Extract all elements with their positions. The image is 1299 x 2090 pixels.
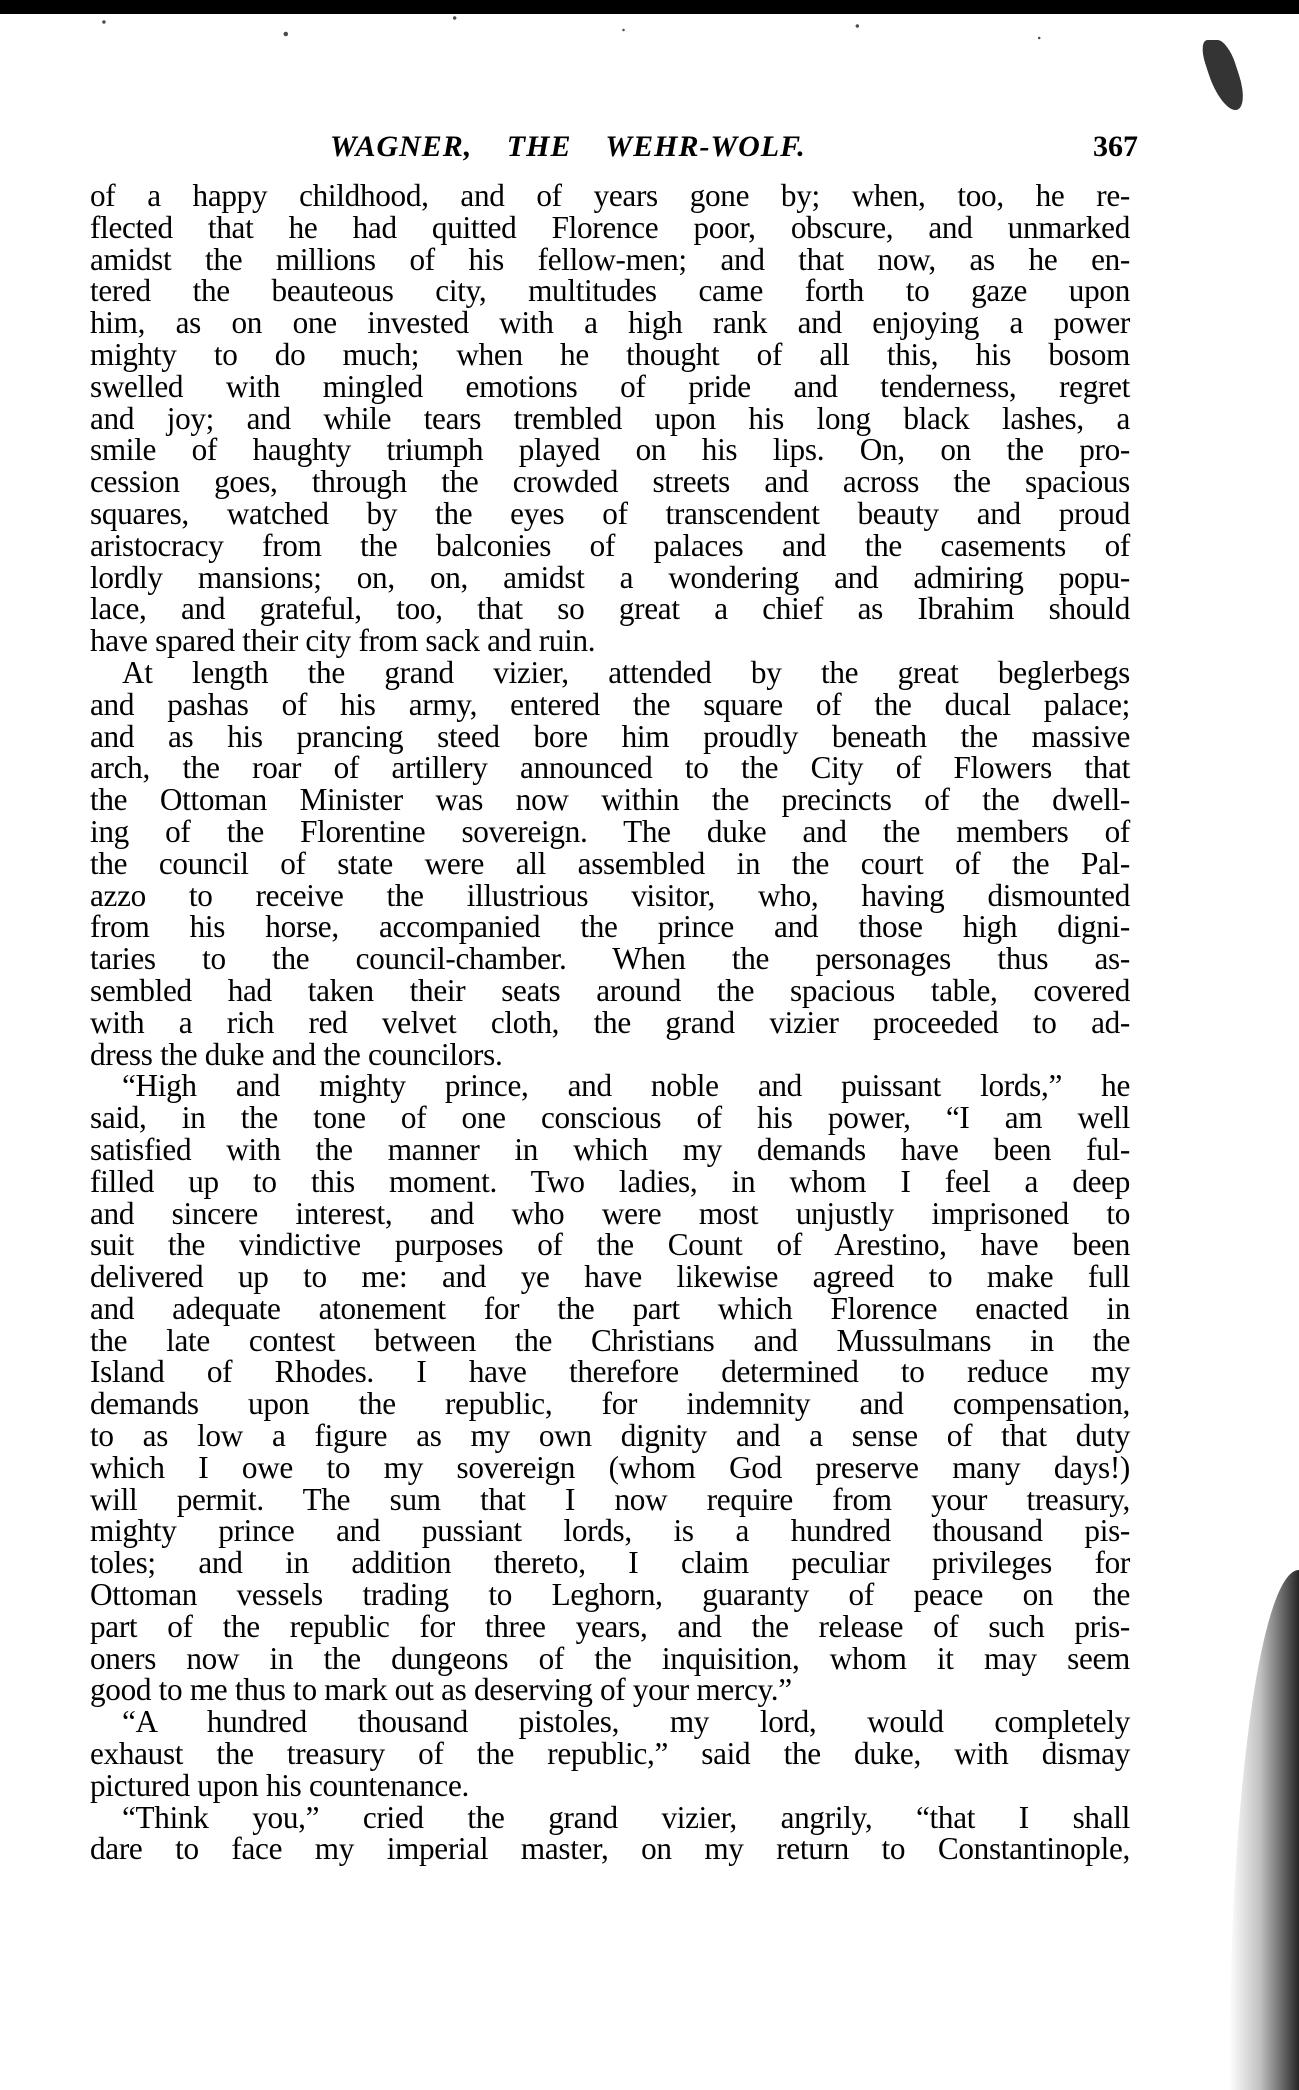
page-curl-shadow — [1229, 1570, 1299, 2090]
page-number: 367 — [1093, 130, 1138, 164]
body-text: of a happy childhood, and of years gone … — [90, 180, 1130, 1865]
text-line: demands upon the republic, for indemnity… — [90, 1388, 1130, 1420]
text-line: suit the vindictive purposes of the Coun… — [90, 1229, 1130, 1261]
scan-corner-shadow — [1198, 40, 1251, 110]
text-line: mighty prince and pussiant lords, is a h… — [90, 1515, 1130, 1547]
running-head: WAGNER, THE WEHR-WOLF. 367 — [90, 120, 1130, 180]
paragraph: “Think you,” cried the grand vizier, ang… — [90, 1802, 1130, 1866]
text-line: toles; and in addition thereto, I claim … — [90, 1547, 1130, 1579]
text-line: and adequate atonement for the part whic… — [90, 1293, 1130, 1325]
text-line: and joy; and while tears trembled upon h… — [90, 403, 1130, 435]
text-line: have spared their city from sack and rui… — [90, 625, 1130, 657]
text-line: amidst the millions of his fellow-men; a… — [90, 244, 1130, 276]
text-line: to as low a figure as my own dignity and… — [90, 1420, 1130, 1452]
text-line: At length the grand vizier, attended by … — [90, 657, 1130, 689]
text-line: dare to face my imperial master, on my r… — [90, 1833, 1130, 1865]
text-line: taries to the council-chamber. When the … — [90, 943, 1130, 975]
text-line: lace, and grateful, too, that so great a… — [90, 593, 1130, 625]
text-line: cession goes, through the crowded street… — [90, 466, 1130, 498]
text-line: “High and mighty prince, and noble and p… — [90, 1070, 1130, 1102]
book-page: WAGNER, THE WEHR-WOLF. 367 of a happy ch… — [90, 120, 1130, 1865]
text-line: satisfied with the manner in which my de… — [90, 1134, 1130, 1166]
text-line: delivered up to me: and ye have likewise… — [90, 1261, 1130, 1293]
text-line: said, in the tone of one conscious of hi… — [90, 1102, 1130, 1134]
text-line: him, as on one invested with a high rank… — [90, 307, 1130, 339]
text-line: and as his prancing steed bore him proud… — [90, 721, 1130, 753]
text-line: smile of haughty triumph played on his l… — [90, 434, 1130, 466]
text-line: will permit. The sum that I now require … — [90, 1484, 1130, 1516]
text-line: squares, watched by the eyes of transcen… — [90, 498, 1130, 530]
text-line: the late contest between the Christians … — [90, 1325, 1130, 1357]
text-line: flected that he had quitted Florence poo… — [90, 212, 1130, 244]
text-line: aristocracy from the balconies of palace… — [90, 530, 1130, 562]
text-line: Ottoman vessels trading to Leghorn, guar… — [90, 1579, 1130, 1611]
text-line: which I owe to my sovereign (whom God pr… — [90, 1452, 1130, 1484]
text-line: from his horse, accompanied the prince a… — [90, 911, 1130, 943]
text-line: the council of state were all assembled … — [90, 848, 1130, 880]
text-line: Island of Rhodes. I have therefore deter… — [90, 1356, 1130, 1388]
running-title: WAGNER, THE WEHR-WOLF. — [330, 130, 806, 164]
text-line: swelled with mingled emotions of pride a… — [90, 371, 1130, 403]
text-line: with a rich red velvet cloth, the grand … — [90, 1007, 1130, 1039]
text-line: and sincere interest, and who were most … — [90, 1198, 1130, 1230]
paragraph: At length the grand vizier, attended by … — [90, 657, 1130, 1070]
text-line: part of the republic for three years, an… — [90, 1611, 1130, 1643]
text-line: oners now in the dungeons of the inquisi… — [90, 1643, 1130, 1675]
text-line: arch, the roar of artillery announced to… — [90, 752, 1130, 784]
text-line: and pashas of his army, entered the squa… — [90, 689, 1130, 721]
paragraph: “High and mighty prince, and noble and p… — [90, 1070, 1130, 1706]
text-line: “A hundred thousand pistoles, my lord, w… — [90, 1706, 1130, 1738]
paragraph: of a happy childhood, and of years gone … — [90, 180, 1130, 657]
text-line: exhaust the treasury of the republic,” s… — [90, 1738, 1130, 1770]
text-line: mighty to do much; when he thought of al… — [90, 339, 1130, 371]
text-line: filled up to this moment. Two ladies, in… — [90, 1166, 1130, 1198]
text-line: tered the beauteous city, multitudes cam… — [90, 275, 1130, 307]
paragraph: “A hundred thousand pistoles, my lord, w… — [90, 1706, 1130, 1801]
text-line: lordly mansions; on, on, amidst a wonder… — [90, 562, 1130, 594]
text-line: sembled had taken their seats around the… — [90, 975, 1130, 1007]
scan-noise — [0, 10, 1299, 50]
text-line: dress the duke and the councilors. — [90, 1039, 1130, 1071]
text-line: ing of the Florentine sovereign. The duk… — [90, 816, 1130, 848]
text-line: the Ottoman Minister was now within the … — [90, 784, 1130, 816]
text-line: good to me thus to mark out as deserving… — [90, 1674, 1130, 1706]
text-line: azzo to receive the illustrious visitor,… — [90, 880, 1130, 912]
text-line: of a happy childhood, and of years gone … — [90, 180, 1130, 212]
text-line: pictured upon his countenance. — [90, 1770, 1130, 1802]
text-line: “Think you,” cried the grand vizier, ang… — [90, 1802, 1130, 1834]
